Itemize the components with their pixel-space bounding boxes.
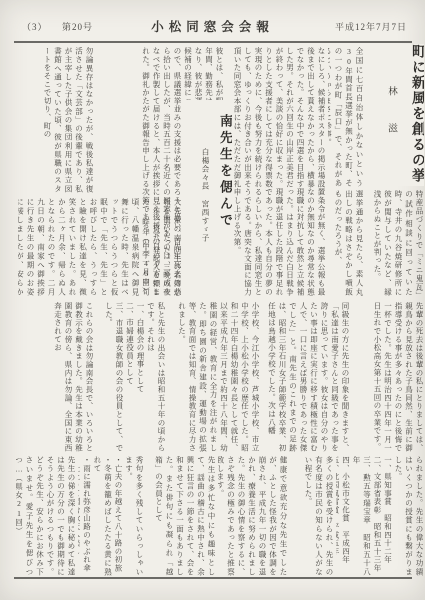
footer-rule — [14, 577, 412, 579]
article1-paragraph-far-left: 勿論異存はなかったが、戦後私達が復活させた「文芸部」の後輩であり、私が主宰した子… — [18, 47, 94, 193]
article2-awards-list: られました。先生の偉大な功績はいくつかの授賞にも繋がりました。 一、県知事賞 昭… — [336, 456, 424, 576]
article2-author-role: 白楊会々長 — [201, 148, 210, 191]
article2-author-column: 白楊会々長宮西すゞ子 — [200, 100, 210, 296]
article2-paragraph-intro: 大先輩の南先生死去の悲報を聞いたのは、平成十二年一月八日の夕方でした。昨年の十一… — [18, 198, 182, 296]
article1-paragraph-mid: 選挙通から見たら、素人丸出しの戦略はさぞかし噴飯ものだったろうが、 — [328, 190, 364, 296]
article2-paragraph-8: 先生は多忙な中にも趣味として、謡曲の稽古に熱中され、余興に狂言の一節をされて、会… — [146, 456, 216, 576]
article2-paragraph-6: 多くの授賞を受けられ、先生の有名度は市民の知らない人がない程でした。 — [290, 456, 334, 576]
issue-number: 第20号 — [62, 20, 93, 33]
article1-paragraph-open: 全国に七百自治体しかないという30年間首長選挙が無かった町、その一つわが町「辰口… — [328, 47, 364, 187]
article2-paragraph-1: 先輩の死去は後輩の私にとりましては、親鳥から見放された子鳥同然、生前に御指導受け… — [352, 302, 424, 452]
article2-title: 南先生を偲んで — [219, 100, 232, 296]
article2-author-name: 宮西すゞ子 — [201, 200, 210, 243]
article2-paragraph-4-list: 私と先生の出会いは昭和五十年の頃からです。それは 一、白楊会の理事として 二、市… — [96, 302, 166, 452]
article1-author: 林 滋 — [384, 44, 398, 186]
issue-date: 平成12年7月7日 — [335, 20, 407, 33]
newsletter-page: （3） 第20号 小松同窓会会報 平成12年7月7日 町に新風を創るの挙 林 滋… — [0, 0, 425, 600]
header-rule — [14, 41, 412, 43]
article2-paragraph-5: これらの会は勿論南会長で、いろいろと御教示を戴きました。先生は本業の幼稚園教育の… — [18, 302, 94, 452]
article2-paragraph-2: 同級生の方に先生の印象を聞きますと、「私達は南愛子さんと同級であった事を誇りに思… — [262, 302, 350, 452]
masthead-title: 小松同窓会会報 — [151, 17, 274, 35]
article1-headline-box: 町に新風を創るの挙 林 滋 — [366, 44, 424, 186]
article2-paragraph-closing: 先生の俤を深く胸に秘めて私達は先生の万分の一でも御期待にそうよう心がけるつもりで… — [16, 456, 76, 576]
article2-paragraph-7: 健康で意欲充分な先生でしたが、ふとした怪我が因で体調を崩され、平成九年一切の職を… — [218, 456, 288, 576]
article2-haiku-list: 秀句を多く残していらっしゃいます。 ・亡夫の年越えて八十路の初旅 ・冬萌を籠めば… — [78, 456, 144, 576]
article1-title: 町に新風を創るの挙 — [410, 44, 424, 186]
article2-headline-box: 南先生を偲んで 白楊会々長宮西すゞ子 — [184, 100, 232, 296]
article1-paragraph-wide: なにしろ、候補者ポスターの掲示場設置条令が無く、選挙公報も最後まで出して貰えなか… — [226, 47, 326, 296]
article2-paragraph-3: 小学校、今江小学校、芦城小学校、市立中学校、上小松小学校の歴任でした。昭和二十四… — [168, 302, 260, 452]
article1-paragraph-under-title: 特産品づくりで「ミニ鬼瓦」の試作相談に回っていた時、寺井の九谷焼研修所に彼が関与… — [366, 190, 424, 296]
page-number: （3） — [22, 20, 48, 33]
